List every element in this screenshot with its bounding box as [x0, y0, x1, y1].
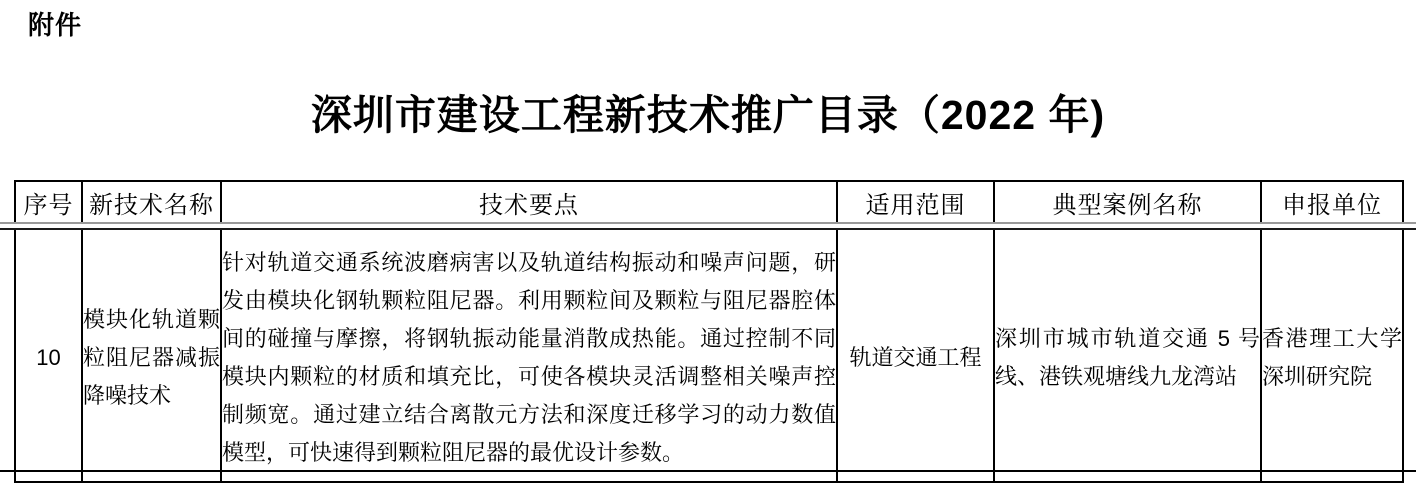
table-header-row: 序号 新技术名称 技术要点 适用范围 典型案例名称 申报单位	[15, 181, 1403, 222]
cell-scope: 轨道交通工程	[837, 222, 994, 482]
header-double-rule	[0, 222, 1416, 230]
cell-applicant: 香港理工大学深圳研究院	[1261, 222, 1403, 482]
cell-serial-number: 10	[15, 222, 82, 482]
header-cell-case-name: 典型案例名称	[994, 181, 1261, 222]
cell-case-name: 深圳市城市轨道交通 5 号线、港铁观塘线九龙湾站	[994, 222, 1261, 482]
header-cell-serial: 序号	[15, 181, 82, 222]
header-cell-tech-name: 新技术名称	[82, 181, 221, 222]
table-bottom-rule	[0, 470, 1416, 472]
attachment-label: 附件	[28, 5, 82, 42]
page-title: 深圳市建设工程新技术推广目录（2022 年)	[0, 82, 1416, 141]
header-cell-key-points: 技术要点	[221, 181, 837, 222]
header-cell-applicant: 申报单位	[1261, 181, 1403, 222]
header-cell-scope: 适用范围	[837, 181, 994, 222]
table-row: 10 模块化轨道颗粒阻尼器减振降噪技术 针对轨道交通系统波磨病害以及轨道结构振动…	[15, 222, 1403, 482]
cell-tech-name: 模块化轨道颗粒阻尼器减振降噪技术	[82, 222, 221, 482]
cell-key-points: 针对轨道交通系统波磨病害以及轨道结构振动和噪声问题，研发由模块化钢轨颗粒阻尼器。…	[221, 222, 837, 482]
